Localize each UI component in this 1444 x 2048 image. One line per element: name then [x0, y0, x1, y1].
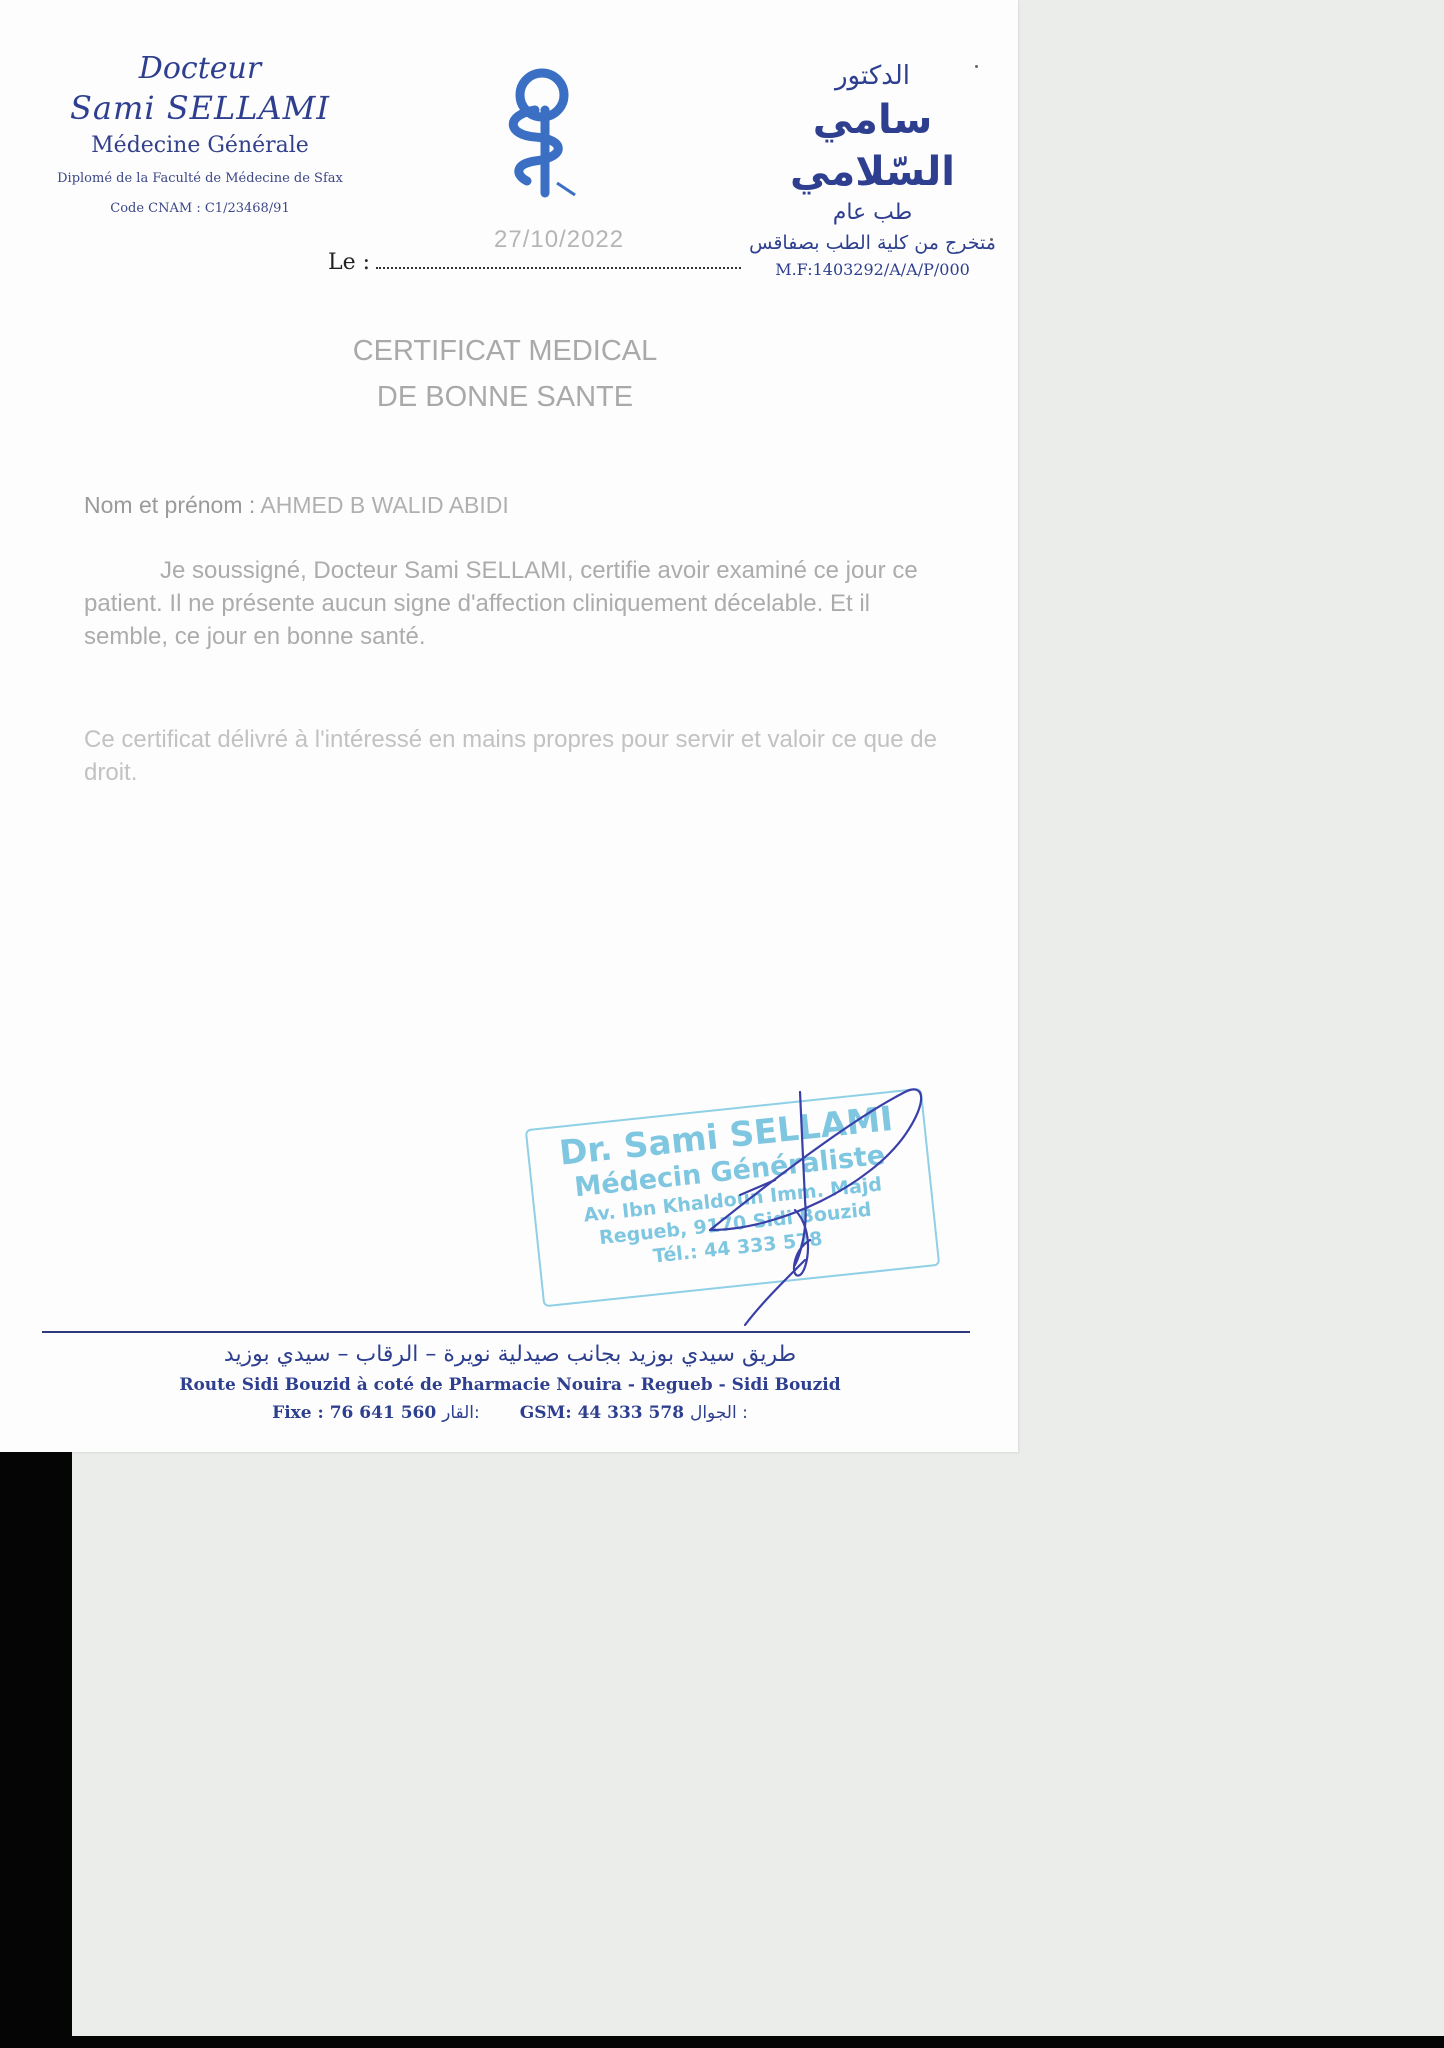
footer-contact: طريق سيدي بوزيد بجانب صيدلية نويرة – الر…: [160, 1338, 860, 1428]
doctor-specialty-ar: طب عام: [735, 198, 1010, 228]
fixe-label-ar: القار:: [442, 1398, 480, 1428]
doctor-name: Sami SELLAMI: [30, 88, 370, 128]
doctor-diploma-ar: متخرج من كلية الطب بصفاقس: [735, 228, 1010, 258]
footer-address-ar: طريق سيدي بوزيد بجانب صيدلية نويرة – الر…: [160, 1338, 860, 1372]
date-label: Le :: [328, 250, 370, 275]
scanner-black-edge-bottom: [0, 2036, 1444, 2048]
caduceus-icon: [495, 65, 585, 200]
gsm-number: GSM: 44 333 578: [520, 1398, 684, 1428]
doctor-title: Docteur: [30, 50, 370, 88]
patient-name-line: Nom et prénom : AHMED B WALID ABIDI: [84, 492, 509, 519]
certificate-title-line1: CERTIFICAT MEDICAL: [280, 328, 730, 374]
certificate-title-line2: DE BONNE SANTE: [280, 374, 730, 420]
patient-name-label: Nom et prénom :: [84, 492, 255, 518]
date-line: Le :: [328, 250, 741, 275]
scan-speck: [975, 65, 978, 68]
scanner-black-edge-left: [0, 1452, 72, 2048]
patient-name: AHMED B WALID ABIDI: [260, 492, 508, 518]
doctor-mf-number: M.F:1403292/A/A/P/000: [735, 258, 1010, 282]
signature-icon: [700, 1080, 940, 1330]
fixe-number: Fixe : 76 641 560: [272, 1398, 436, 1428]
doctor-header-french: Docteur Sami SELLAMI Médecine Générale D…: [30, 50, 370, 224]
doctor-header-arabic: الدكتور سامي السّلامي طب عام متخرج من كل…: [735, 58, 1010, 282]
footer-fixe: Fixe : 76 641 560 القار:: [272, 1398, 480, 1428]
date-dotted-line: [376, 253, 741, 269]
certificate-paragraph-1: Je soussigné, Docteur Sami SELLAMI, cert…: [84, 554, 944, 653]
footer-address-fr: Route Sidi Bouzid à coté de Pharmacie No…: [160, 1372, 860, 1398]
doctor-code-cnam: Code CNAM : C1/23468/91: [30, 194, 370, 224]
certificate-paragraph-2: Ce certificat délivré à l'intéressé en m…: [84, 723, 944, 789]
doctor-title-ar: الدكتور: [735, 58, 1010, 94]
medical-certificate-document: Docteur Sami SELLAMI Médecine Générale D…: [0, 0, 1018, 1452]
certificate-title: CERTIFICAT MEDICAL DE BONNE SANTE: [280, 328, 730, 420]
doctor-diploma: Diplomé de la Faculté de Médecine de Sfa…: [30, 164, 370, 194]
scan-speck: [990, 238, 993, 241]
footer-gsm: GSM: 44 333 578 الجوال :: [520, 1398, 748, 1428]
doctor-specialty: Médecine Générale: [30, 128, 370, 164]
gsm-label-ar: الجوال :: [690, 1398, 748, 1428]
doctor-name-ar: سامي السّلامي: [735, 94, 1010, 198]
footer-phones: Fixe : 76 641 560 القار: GSM: 44 333 578…: [160, 1398, 860, 1428]
footer-divider: [42, 1331, 970, 1333]
